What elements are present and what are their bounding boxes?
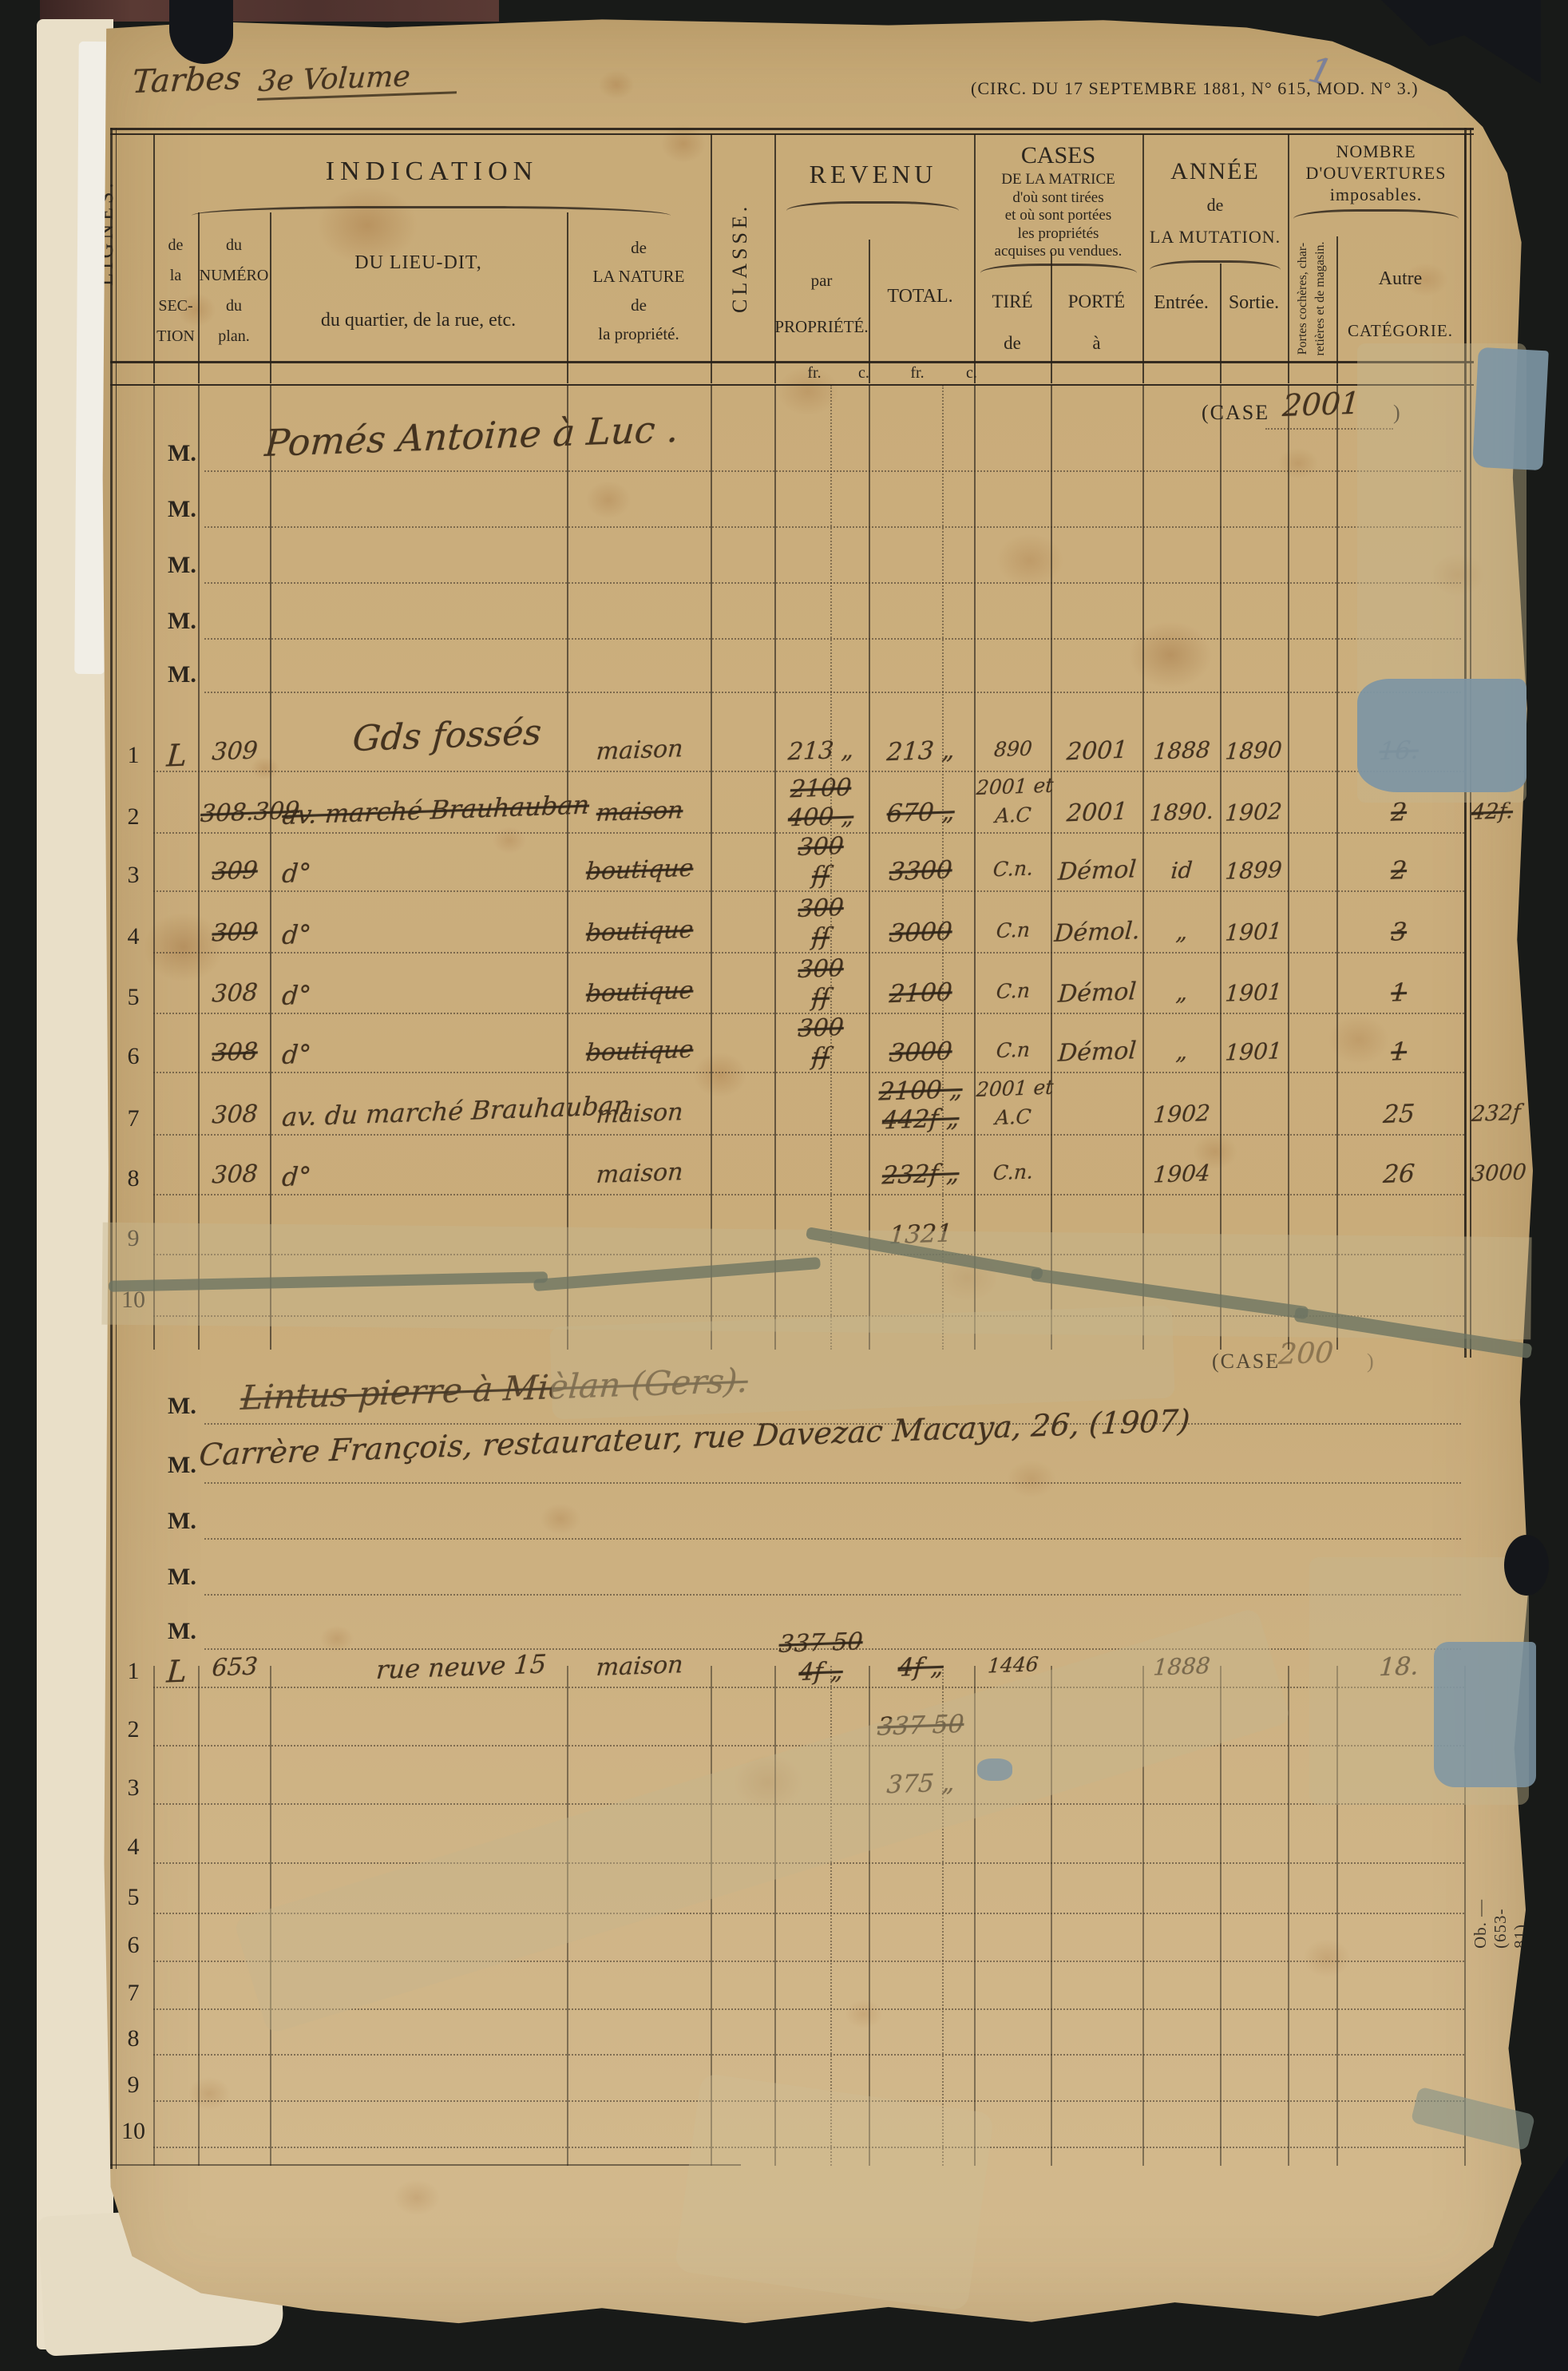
cell-total: 232f „ <box>870 1159 971 1191</box>
cell-tire: C.n <box>976 978 1051 1004</box>
cell-tire: C.n <box>976 918 1051 943</box>
row-number-s1: 1 <box>117 742 150 769</box>
cell-total: 3000 <box>870 1037 971 1069</box>
cell-autre: 2 <box>1338 854 1459 887</box>
row-number-s1: 3 <box>117 862 150 889</box>
cell-porte: Démol. <box>1052 917 1142 948</box>
cell-total: 3300 <box>870 855 971 887</box>
cell-porte: 2001 <box>1052 735 1142 767</box>
cell-lieu: d° <box>281 1152 570 1192</box>
cell-autre: 26 <box>1338 1158 1459 1191</box>
cell-entree: „ <box>1144 918 1219 946</box>
row-line-s1 <box>153 952 1464 954</box>
case-close-s2: ) <box>1367 1350 1374 1374</box>
cell-par: ſſ <box>774 860 867 891</box>
cell-lieu: d° <box>281 1029 570 1070</box>
tape-remnant-bottom <box>674 2072 994 2311</box>
cell-plan: 308 <box>200 1160 270 1190</box>
m-line-s1-0 <box>204 470 1461 472</box>
cell-nature: maison <box>572 795 707 828</box>
cell-total: 670 „ <box>870 797 971 829</box>
cell-tire: C.n. <box>976 1160 1051 1185</box>
cell-par: 2100 <box>774 773 867 804</box>
row-line-s2 <box>153 2054 1464 2056</box>
m-label: M. <box>168 1452 196 1479</box>
cell-entree: 1902 <box>1144 1100 1219 1128</box>
case-value-s2: 200 <box>1277 1336 1335 1371</box>
cell-par: ſſ <box>774 1041 867 1073</box>
cell-autre: 1 <box>1338 977 1459 1009</box>
cell-nature: boutique <box>572 915 707 948</box>
torn-bite-right <box>1504 1535 1549 1596</box>
row-number-s1: 2 <box>117 803 150 831</box>
cell-nature: boutique <box>572 854 707 886</box>
m-label: M. <box>168 608 196 635</box>
cell-nature: boutique <box>572 976 707 1009</box>
cell-sortie: 1901 <box>1218 978 1289 1007</box>
cell-margin: 3000 <box>1471 1159 1562 1187</box>
cell-sortie: 1890 <box>1218 736 1289 765</box>
owner-name-s1: Pomés Antoine à Luc . <box>263 407 680 465</box>
scanned-register-page: Tarbes 3e Volume (CIRC. DU 17 SEPTEMBRE … <box>0 0 1568 2371</box>
cell-par: 400 „ <box>774 802 867 833</box>
row-line-s1 <box>153 1134 1464 1136</box>
tape-blue-speck <box>977 1758 1012 1781</box>
row-number-s2: 8 <box>117 2025 150 2052</box>
row-line-s1 <box>153 1072 1464 1073</box>
m-line-s1-2 <box>204 582 1461 584</box>
cell-total: 2100 <box>870 977 971 1009</box>
cell-nature: maison <box>572 1157 707 1190</box>
cell-par: 300 <box>774 954 867 985</box>
cell-plan: 309 <box>200 918 270 948</box>
cell-porte: 2001 <box>1052 797 1142 828</box>
printer-reference: Ob. — (653-81) <box>1471 1886 1530 1949</box>
tape-blue-right-lower <box>1434 1642 1536 1787</box>
row-line-s1 <box>153 771 1464 772</box>
cell-par: 337 50 <box>774 1628 867 1659</box>
row-number-s2: 4 <box>117 1834 150 1861</box>
row-number-s2: 5 <box>117 1884 150 1911</box>
case-value-s1: 2001 <box>1281 385 1361 423</box>
row-number-s1: 6 <box>117 1043 150 1070</box>
cell-lieu: av. marché Brauhauban <box>281 790 570 831</box>
cell-autre: 1 <box>1338 1036 1459 1069</box>
m-label: M. <box>168 661 196 688</box>
cell-margin: 232f <box>1471 1099 1562 1127</box>
torn-corner-top-right <box>1381 0 1541 84</box>
case-label-s2: (CASE <box>1212 1350 1280 1374</box>
cell-tire: A.C <box>976 803 1051 828</box>
cell-tire: 2001 et <box>976 774 1051 799</box>
row-number-s1: 7 <box>117 1105 150 1132</box>
row-number-s2: 10 <box>117 2118 150 2145</box>
m-line-s1-1 <box>204 526 1461 528</box>
m-line-s2-1 <box>204 1482 1461 1484</box>
row-line-s1 <box>153 1194 1464 1195</box>
cell-par: ſſ <box>774 982 867 1013</box>
cell-total: 4f „ <box>870 1651 971 1683</box>
cell-plan: 308 <box>200 978 270 1009</box>
m-line-s2-4 <box>204 1648 1461 1650</box>
cell-plan: 309 <box>200 736 270 767</box>
cell-par: 300 <box>774 1013 867 1044</box>
cell-total: 213 „ <box>870 735 971 767</box>
cell-entree: 1890. <box>1144 798 1219 827</box>
cell-par: 300 <box>774 893 867 924</box>
cell-nature: boutique <box>572 1035 707 1068</box>
row-number-s2: 7 <box>117 1980 150 2007</box>
cell-lieu: av. du marché Brauhauban <box>281 1092 570 1132</box>
cell-lieu: d° <box>281 970 570 1011</box>
cell-plan: 653 <box>200 1652 270 1683</box>
row-number-s1: 8 <box>117 1165 150 1192</box>
m-label: M. <box>168 496 196 523</box>
row-number-s2: 9 <box>117 2072 150 2099</box>
table-rows: 1L309Gds fossésmaison213 „213 „890200118… <box>0 0 1568 2371</box>
cell-porte: Démol <box>1052 1037 1142 1068</box>
cell-sortie: 1899 <box>1218 856 1289 885</box>
cell-lieu: d° <box>281 910 570 950</box>
cell-nature: maison <box>572 1097 707 1130</box>
cell-sortie: 1901 <box>1218 918 1289 946</box>
cell-tire: C.n. <box>976 856 1051 882</box>
cell-plan: 308.309 <box>200 798 270 828</box>
cell-entree: id <box>1144 856 1219 885</box>
cell-entree: 1888 <box>1144 736 1219 765</box>
m-line-s1-3 <box>204 638 1461 640</box>
cell-porte: Démol <box>1052 855 1142 886</box>
cell-plan: 308 <box>200 1037 270 1068</box>
cell-entree: 1904 <box>1144 1160 1219 1188</box>
m-label: M. <box>168 440 196 467</box>
row-number-s2: 2 <box>117 1716 150 1743</box>
cell-plan: 308 <box>200 1100 270 1130</box>
m-label: M. <box>168 1564 196 1591</box>
cell-autre: 3 <box>1338 916 1459 949</box>
cell-nature: maison <box>572 1650 707 1683</box>
cell-sec: L <box>155 737 199 774</box>
cell-sec: L <box>155 1653 199 1690</box>
row-number-s2: 3 <box>117 1774 150 1802</box>
cell-par: 300 <box>774 831 867 862</box>
case-label-s1: (CASE <box>1202 401 1269 425</box>
cell-autre: 25 <box>1338 1098 1459 1131</box>
cell-sortie: 1902 <box>1218 798 1289 827</box>
row-number-s2: 1 <box>117 1658 150 1685</box>
row-number-s1: 4 <box>117 923 150 950</box>
cell-par: ſſ <box>774 922 867 953</box>
cell-entree: „ <box>1144 1037 1219 1066</box>
cell-lieu: d° <box>281 848 570 889</box>
book-spine <box>40 0 499 22</box>
cell-tire: 890 <box>976 736 1051 762</box>
row-line-s1 <box>153 890 1464 892</box>
row-number-s2: 6 <box>117 1932 150 1959</box>
row-number-s1: 5 <box>117 984 150 1011</box>
cell-par: 213 „ <box>774 735 867 767</box>
cell-par: 4f „ <box>774 1656 867 1687</box>
cell-total: 442f „ <box>870 1104 971 1136</box>
cell-tire: A.C <box>976 1104 1051 1130</box>
cell-porte: Démol <box>1052 977 1142 1009</box>
cell-nature: maison <box>572 734 707 767</box>
m-line-s1-4 <box>204 692 1461 693</box>
m-label: M. <box>168 552 196 579</box>
cell-plan: 309 <box>200 856 270 886</box>
cell-total: 2100 „ <box>870 1075 971 1107</box>
m-label: M. <box>168 1393 196 1420</box>
tape-blue-right-top <box>1472 347 1549 470</box>
m-label: M. <box>168 1508 196 1535</box>
cell-entree: „ <box>1144 978 1219 1007</box>
cell-total: 3000 <box>870 917 971 949</box>
cell-tire: 2001 et <box>976 1076 1051 1101</box>
cell-tire: C.n <box>976 1037 1051 1063</box>
tape-blue-right-mid <box>1357 679 1526 792</box>
cell-sortie: 1901 <box>1218 1037 1289 1066</box>
m-line-s2-2 <box>204 1538 1461 1540</box>
m-label: M. <box>168 1618 196 1645</box>
m-line-s2-3 <box>204 1594 1461 1596</box>
